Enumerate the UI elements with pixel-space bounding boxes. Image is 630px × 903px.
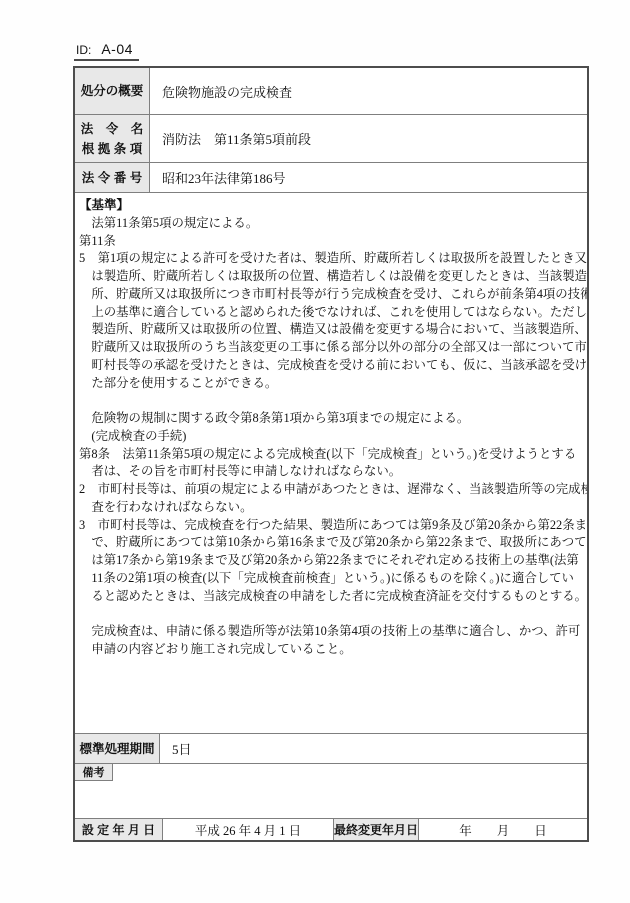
criteria-line: 第8条 法第11条第5項の規定による完成検査(以下「完成検査」という。)を受けよ…: [79, 446, 584, 464]
criteria-line: 上の基準に適合していると認められた後でなければ、これを使用してはならない。ただし…: [79, 304, 584, 322]
criteria-line: [79, 392, 584, 410]
processing-period-value: 5日: [172, 739, 192, 758]
criteria-line: た部分を使用することができる。: [79, 375, 584, 393]
criteria-line: は第17条から第19条まで及び第20条から第22条までにそれぞれ定める技術上の基…: [79, 552, 584, 570]
criteria-line: 者は、その旨を市町村長等に申請しなければならない。: [79, 463, 584, 481]
remarks-value-cell: [75, 764, 587, 818]
overview-value: 危険物施設の完成検査: [162, 82, 292, 101]
law-number-value: 昭和23年法律第186号: [162, 168, 286, 187]
row-law-name: 法 令 名 根 拠 条 項 消防法 第11条第5項前段: [75, 114, 587, 162]
set-date-value-cell: 平成 26 年 4 月 1 日: [163, 819, 334, 840]
processing-period-label: 標準処理期間: [79, 739, 154, 759]
overview-label: 処分の概要: [81, 81, 144, 101]
criteria-line: 貯蔵所又は取扱所のうち当該変更の工事に係る部分以外の部分の全部又は一部について市: [79, 339, 584, 357]
criteria-line: 査を行わなければならない。: [79, 499, 584, 517]
law-number-label-cell: 法 令 番 号: [75, 163, 150, 192]
criteria-line: 2 市町村長等は、前項の規定による申請があつたときは、遅滞なく、当該製造所等の完…: [79, 481, 584, 499]
last-modified-label: 最終変更年月日: [334, 821, 418, 838]
criteria-line: [79, 605, 584, 623]
law-name-label-cell: 法 令 名 根 拠 条 項: [75, 115, 150, 162]
row-processing-period: 標準処理期間 5日: [75, 733, 587, 763]
law-name-label-line1: 法 令 名: [81, 119, 144, 139]
document-page: ID: A-04 処分の概要 危険物施設の完成検査 法 令 名 根 拠 条 項 …: [0, 0, 630, 903]
criteria-line: 危険物の規制に関する政令第8条第1項から第3項までの規定による。: [79, 410, 584, 428]
criteria-line: ると認めたときは、当該完成検査の申請をした者に完成検査済証を交付するものとする。: [79, 588, 584, 606]
overview-label-cell: 処分の概要: [75, 68, 150, 114]
row-law-number: 法 令 番 号 昭和23年法律第186号: [75, 162, 587, 192]
criteria-line: 完成検査は、申請に係る製造所等が法第10条第4項の技術上の基準に適合し、かつ、許…: [79, 623, 584, 641]
criteria-line: 製造所、貯蔵所又は取扱所の位置、構造又は設備を変更する場合において、当該製造所、: [79, 321, 584, 339]
criteria-line: 第11条: [79, 233, 584, 251]
last-modified-value: 年 月 日: [459, 821, 547, 839]
criteria-line: 11条の2第1項の検査(以下「完成検査前検査」という。)に係るものを除く。)に適…: [79, 570, 584, 588]
law-name-value: 消防法 第11条第5項前段: [162, 129, 311, 148]
doc-id-value: A-04: [101, 41, 133, 57]
criteria-cell: 【基準】 法第11条第5項の規定による。第11条5 第1項の規定による許可を受け…: [75, 193, 587, 733]
criteria-line: 町村長等の承認を受けたときは、完成検査を受ける前においても、仮に、当該承認を受け: [79, 357, 584, 375]
criteria-line: 3 市町村長等は、完成検査を行つた結果、製造所にあつては第9条及び第20条から第…: [79, 517, 584, 535]
row-criteria: 【基準】 法第11条第5項の規定による。第11条5 第1項の規定による許可を受け…: [75, 192, 587, 733]
criteria-line: 所、貯蔵所又は取扱所につき市町村長等が行う完成検査を受け、これらが前条第4項の技…: [79, 286, 584, 304]
criteria-line: で、貯蔵所にあつては第10条から第16条まで及び第20条から第22条まで、取扱所…: [79, 534, 584, 552]
processing-period-label-cell: 標準処理期間: [75, 734, 160, 763]
processing-period-value-cell: 5日: [160, 734, 587, 763]
set-date-label: 設 定 年 月 日: [82, 821, 155, 838]
last-modified-value-cell: 年 月 日: [419, 819, 587, 840]
law-name-label-line2: 根 拠 条 項: [82, 139, 142, 159]
overview-value-cell: 危険物施設の完成検査: [150, 68, 587, 114]
criteria-line: 5 第1項の規定による許可を受けた者は、製造所、貯蔵所若しくは取扱所を設置したと…: [79, 250, 584, 268]
criteria-line: 法第11条第5項の規定による。: [79, 215, 584, 233]
set-date-value: 平成 26 年 4 月 1 日: [195, 821, 301, 839]
last-modified-label-cell: 最終変更年月日: [334, 819, 419, 840]
criteria-line: (完成検査の手続): [79, 428, 584, 446]
row-overview: 処分の概要 危険物施設の完成検査: [75, 68, 587, 114]
criteria-line: は製造所、貯蔵所若しくは取扱所の位置、構造若しくは設備を変更したときは、当該製造: [79, 268, 584, 286]
row-remarks: 備考: [75, 763, 587, 818]
remarks-label-cell: 備考: [75, 764, 113, 781]
remarks-label: 備考: [83, 764, 105, 780]
doc-id-label: ID:: [76, 43, 91, 57]
law-name-value-cell: 消防法 第11条第5項前段: [150, 115, 587, 162]
law-number-value-cell: 昭和23年法律第186号: [150, 163, 587, 192]
row-dates: 設 定 年 月 日 平成 26 年 4 月 1 日 最終変更年月日 年 月 日: [75, 818, 587, 840]
criteria-heading: 【基準】: [79, 197, 584, 215]
form-table: 処分の概要 危険物施設の完成検査 法 令 名 根 拠 条 項 消防法 第11条第…: [73, 66, 589, 842]
doc-id: ID: A-04: [74, 41, 139, 61]
law-number-label: 法 令 番 号: [82, 168, 142, 188]
set-date-label-cell: 設 定 年 月 日: [75, 819, 163, 840]
criteria-text: 法第11条第5項の規定による。第11条5 第1項の規定による許可を受けた者は、製…: [79, 215, 584, 659]
criteria-line: 申請の内容どおり施工され完成していること。: [79, 641, 584, 659]
